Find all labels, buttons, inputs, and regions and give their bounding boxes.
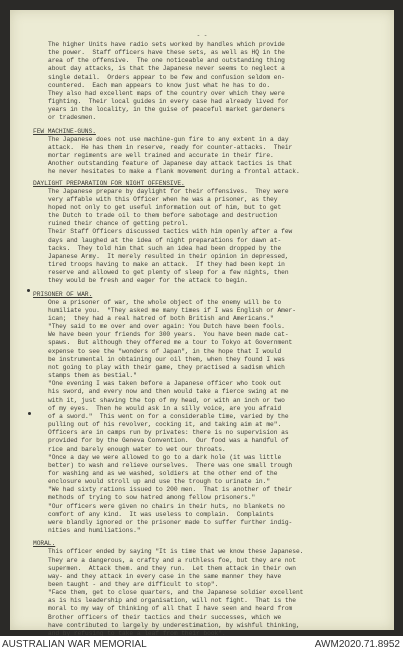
section-heading-machine-guns: FEW MACHINE-GUNS. — [33, 128, 368, 136]
section-text-prisoner-of-war: One a prisoner of war, the whole object … — [48, 299, 368, 536]
section-text-machine-guns: The Japanese does not use machine-gun fi… — [48, 136, 368, 177]
archive-footer: AUSTRALIAN WAR MEMORIAL AWM2020.71.8952 — [0, 636, 403, 653]
intro-paragraph: The higher Units have radio sets worked … — [48, 41, 368, 123]
hole-punch-mark — [27, 289, 30, 292]
section-text-moral: This officer ended by saying "It is time… — [48, 548, 368, 646]
document-page: - - The higher Units have radio sets wor… — [10, 10, 394, 630]
hole-punch-mark — [28, 412, 31, 415]
section-heading-moral: MORAL. — [33, 540, 368, 548]
section-heading-prisoner-of-war: PRISONER OF WAR. — [33, 291, 368, 299]
archive-reference: AWM2020.71.8952 — [315, 639, 400, 650]
page-marker: - - — [10, 32, 394, 39]
section-text-daylight-preparation: The Japanese prepare by daylight for the… — [48, 188, 368, 286]
section-heading-daylight-preparation: DAYLIGHT PREPARATION FOR NIGHT OFFENSIVE… — [33, 180, 368, 188]
institution-name: AUSTRALIAN WAR MEMORIAL — [2, 639, 147, 650]
document-body: The higher Units have radio sets worked … — [48, 41, 368, 646]
